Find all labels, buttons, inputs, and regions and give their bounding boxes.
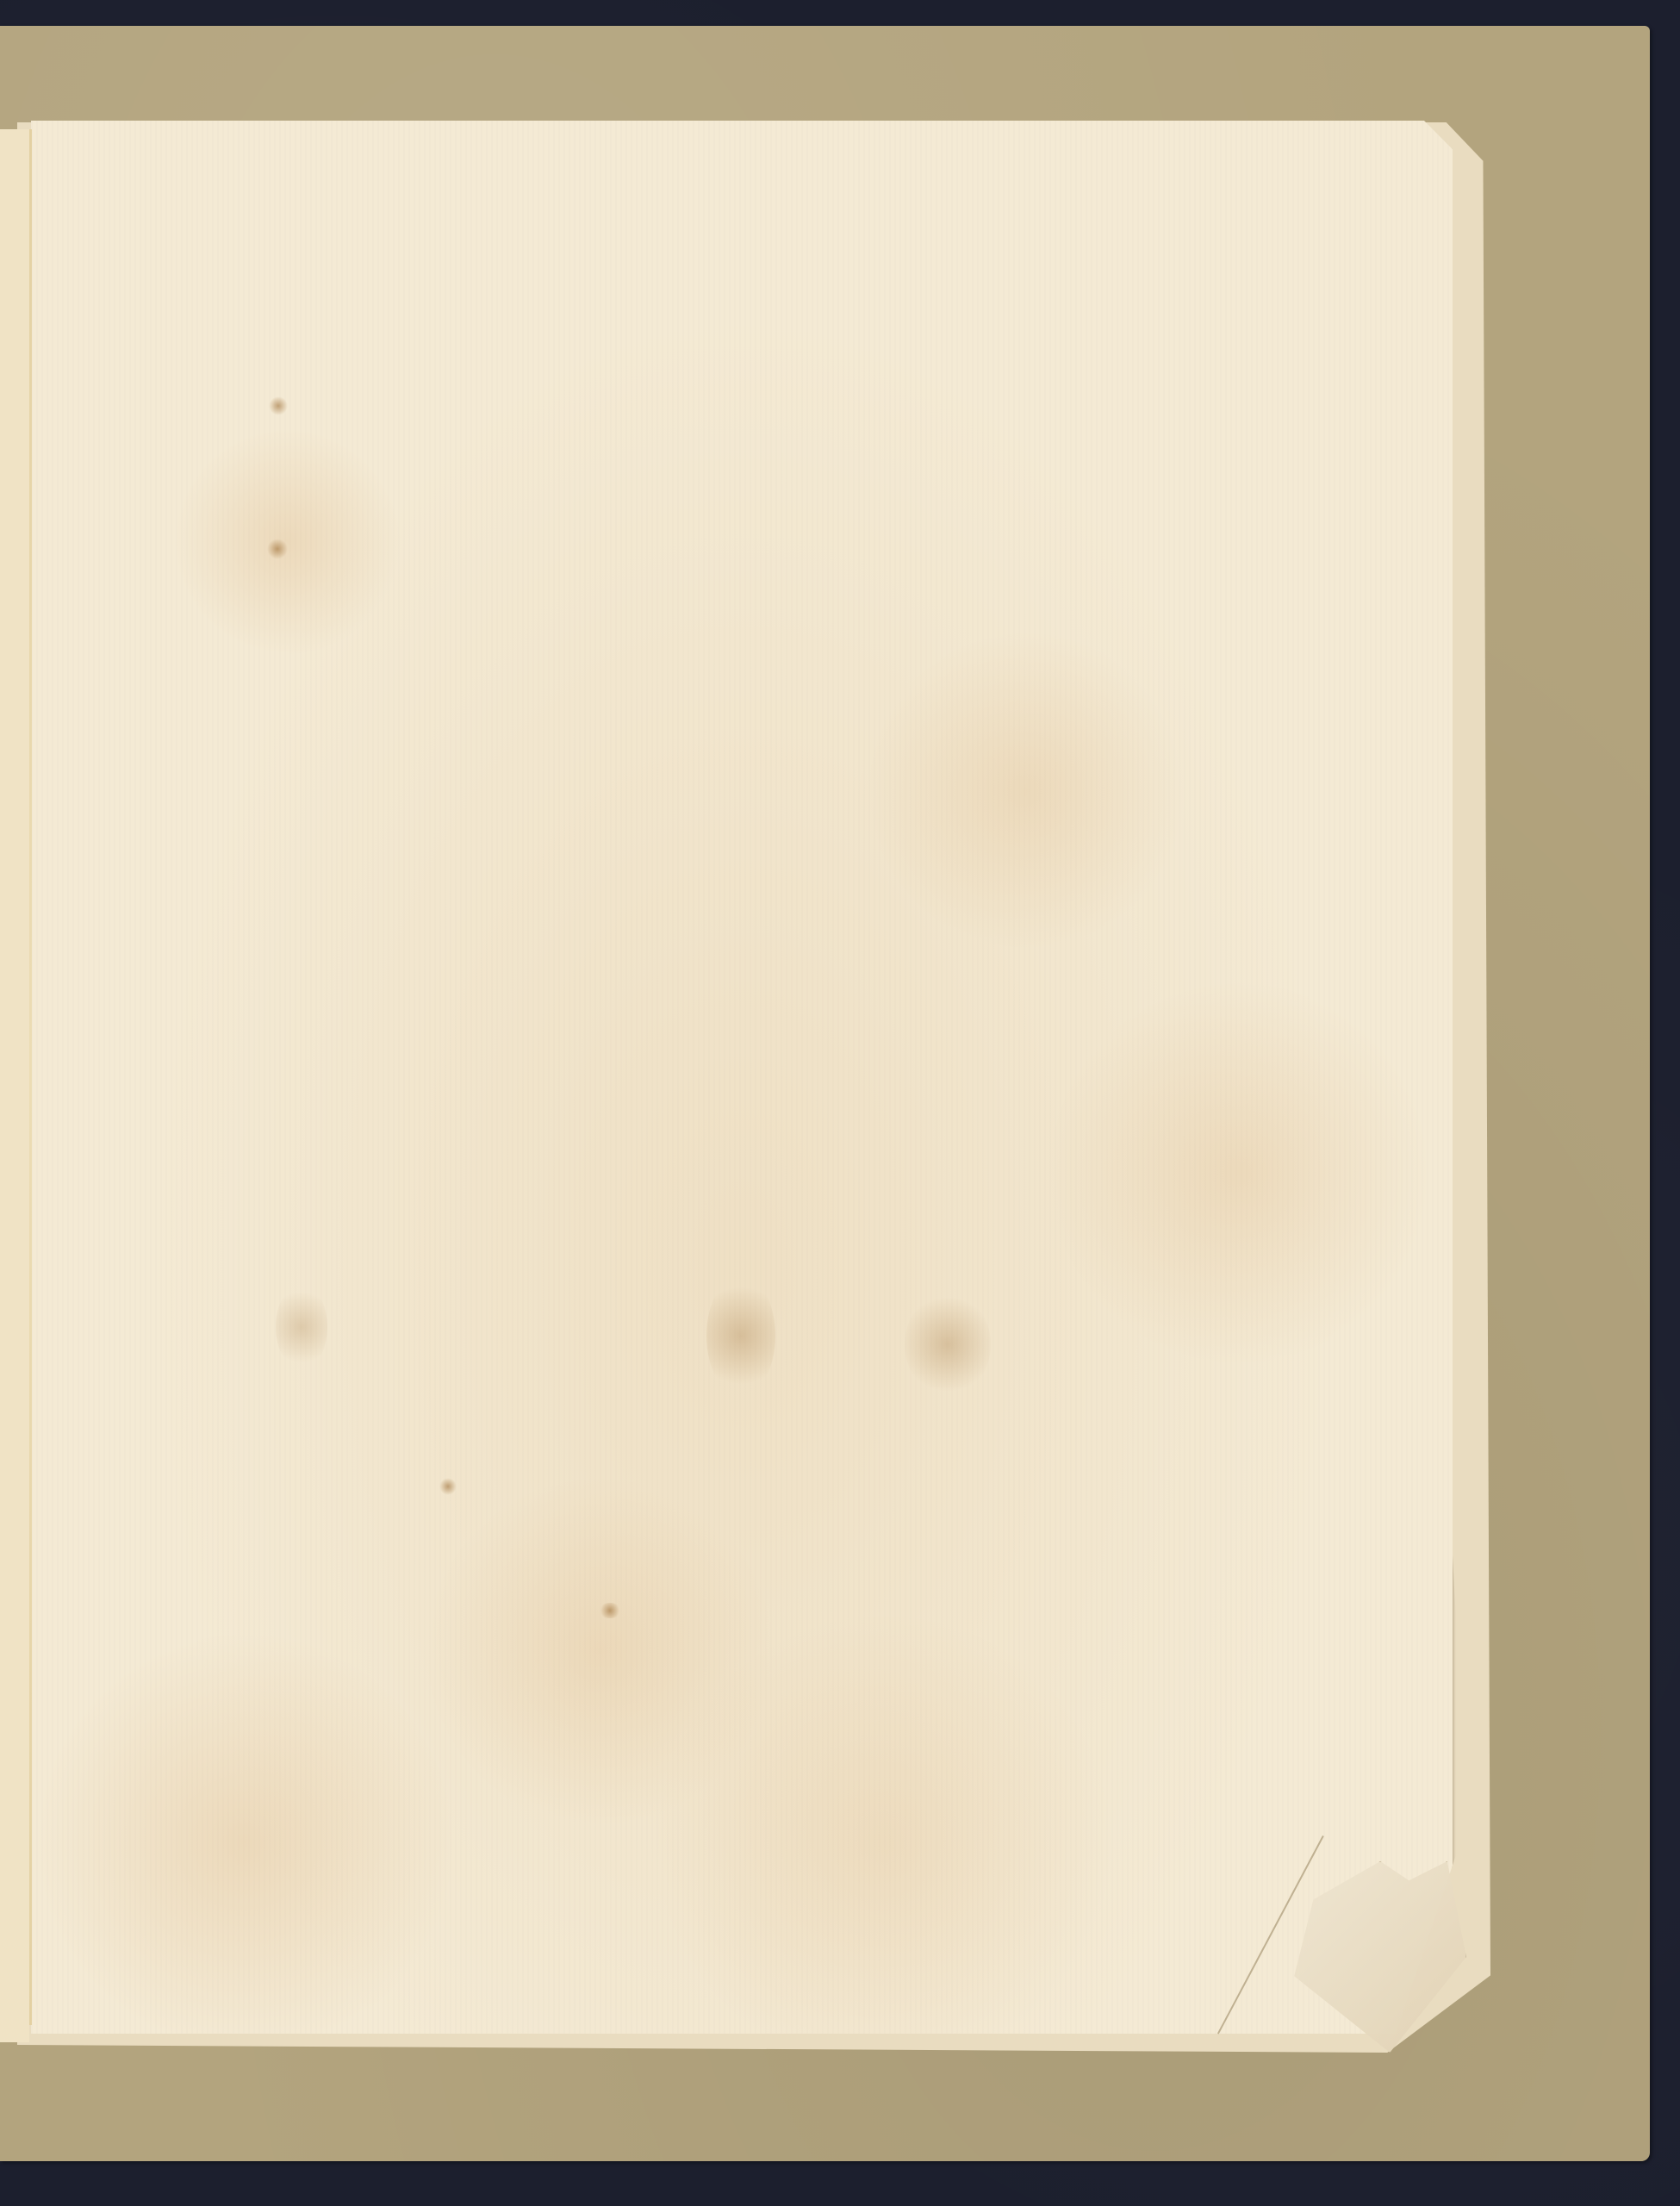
foxing-spot [276,1284,327,1370]
foxing-spot [439,1478,457,1495]
foxing-spot [267,539,288,559]
foxing-spot [706,1275,775,1396]
foxing-spot [599,1603,621,1618]
foxing-spot [269,396,288,415]
facing-page-edge [0,129,29,2042]
blank-page [31,121,1453,2034]
gutter-fold [29,129,32,2025]
foxing-spot [905,1293,991,1396]
